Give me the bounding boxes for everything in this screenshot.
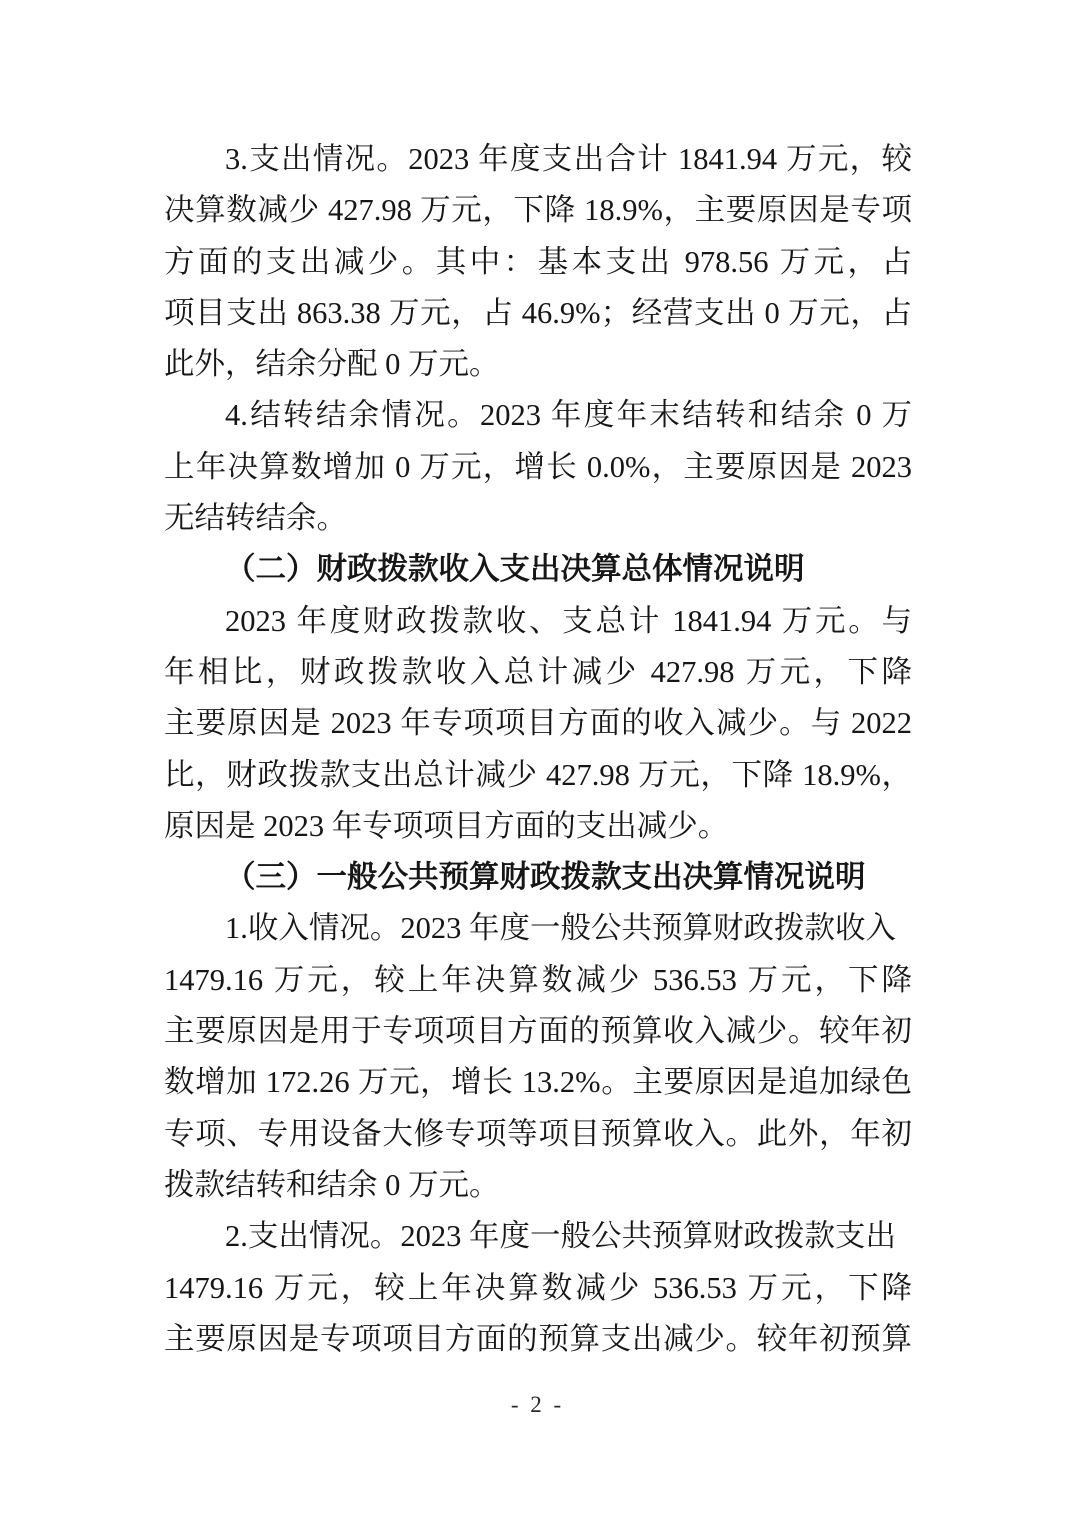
body-text-line: 1.收入情况。2023 年度一般公共预算财政拨款收入: [164, 903, 912, 954]
body-text-line: 决算数减少 427.98 万元，下降 18.9%，主要原因是专项项目: [164, 185, 912, 236]
body-text-line: 拨款结转和结余 0 万元。: [164, 1160, 912, 1211]
section-heading: （三）一般公共预算财政拨款支出决算情况说明: [164, 852, 912, 903]
body-text-line: 2.支出情况。2023 年度一般公共预算财政拨款支出: [164, 1211, 912, 1262]
body-text-line: 比，财政拨款支出总计减少 427.98 万元，下降 18.9%，主要: [164, 750, 912, 801]
body-text-line: 2023 年度财政拨款收、支总计 1841.94 万元。与 2022: [164, 596, 912, 647]
body-text-line: 方面的支出减少。其中：基本支出 978.56 万元，占 53.1%；: [164, 237, 912, 288]
body-text-line: 上年决算数增加 0 万元，增长 0.0%，主要原因是 2023 年度: [164, 442, 912, 493]
body-text-line: 4.结转结余情况。2023 年度年末结转和结余 0 万元，较: [164, 390, 912, 441]
body-text-line: 3.支出情况。2023 年度支出合计 1841.94 万元，较上年: [164, 134, 912, 185]
body-text-line: 原因是 2023 年专项项目方面的支出减少。: [164, 801, 912, 852]
body-text-line: 专项、专用设备大修专项等项目预算收入。此外，年初财政: [164, 1109, 912, 1160]
body-text-line: 1479.16 万元，较上年决算数减少 536.53 万元，下降 26.6%。: [164, 1263, 912, 1314]
body-text-line: 无结转结余。: [164, 493, 912, 544]
page-number: - 2 -: [0, 1392, 1075, 1418]
document-body: 3.支出情况。2023 年度支出合计 1841.94 万元，较上年 决算数减少 …: [164, 134, 912, 1365]
body-text-line: 数增加 172.26 万元，增长 13.2%。主要原因是追加绿色发展: [164, 1057, 912, 1108]
body-text-line: 此外，结余分配 0 万元。: [164, 339, 912, 390]
body-text-line: 1479.16 万元，较上年决算数减少 536.53 万元，下降 26.6%。: [164, 955, 912, 1006]
body-text-line: 主要原因是专项项目方面的预算支出减少。较年初预算数增: [164, 1314, 912, 1365]
section-heading: （二）财政拨款收入支出决算总体情况说明: [164, 544, 912, 595]
body-text-line: 主要原因是用于专项项目方面的预算收入减少。较年初预算: [164, 1006, 912, 1057]
body-text-line: 主要原因是 2023 年专项项目方面的收入减少。与 2022 年相: [164, 698, 912, 749]
body-text-line: 项目支出 863.38 万元，占 46.9%；经营支出 0 万元，占 0.0%。: [164, 288, 912, 339]
body-text-line: 年相比，财政拨款收入总计减少 427.98 万元，下降 18.9%，: [164, 647, 912, 698]
